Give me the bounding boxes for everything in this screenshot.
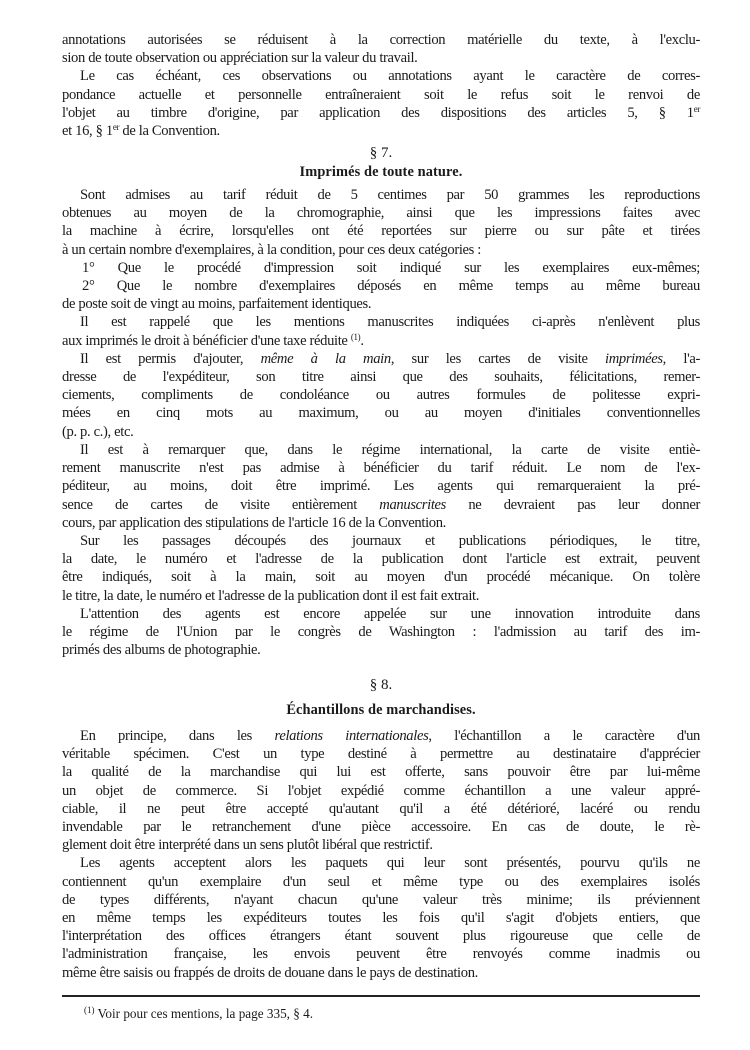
section-8-paragraph-1: En principe, dans les relations internat… [62,727,700,854]
text-line: pondance actuelle et personnelle entraîn… [62,86,700,104]
document-page: annotations autorisées se réduisent à la… [0,0,750,1050]
text-line: Il est permis d'ajouter, même à la main,… [62,350,700,368]
text-line: primés des albums de photographie. [62,641,700,659]
section-7-paragraph-6: L'attention des agents est encore appelé… [62,605,700,660]
text-line: contiennent qu'un exemplaire d'un seul e… [62,873,700,891]
text-line: En principe, dans les relations internat… [62,727,700,745]
section-7-paragraph-1: Sont admises au tarif réduit de 5 centim… [62,186,700,313]
text-line: le titre, la date, le numéro et l'adress… [62,587,700,605]
text-line: rement manuscrite n'est pas admise à bén… [62,459,700,477]
footnote-divider [62,995,700,997]
text-line: et 16, § 1er de la Convention. [62,122,700,140]
text-line: en même temps les expéditeurs toutes les… [62,909,700,927]
condition-item: 2° Que le nombre d'exemplaires déposés e… [62,277,700,295]
text-line: obtenues au moyen de la chromographie, a… [62,204,700,222]
text-line: ciable, il ne peut être accepté qu'autan… [62,800,700,818]
section-7-paragraph-3: Il est permis d'ajouter, même à la main,… [62,350,700,441]
text-line: un objet de commerce. Si l'objet expédié… [62,782,700,800]
text-line: le régime de l'Union par le congrès de W… [62,623,700,641]
text-line: Sont admises au tarif réduit de 5 centim… [62,186,700,204]
condition-item: de poste soit de vingt au moins, parfait… [62,295,700,313]
text-line: être indiqués, soit à la main, soit au m… [62,568,700,586]
text-line: Il est rappelé que les mentions manuscri… [62,313,700,331]
text-line: ciements, compliments de condoléance ou … [62,386,700,404]
footnote-text: Voir pour ces mentions, la page 335, § 4… [95,1006,314,1021]
text-line: (p. p. c.), etc. [62,423,700,441]
section-7-title: Imprimés de toute nature. [62,164,700,181]
text-line: invendable par le retranchement d'une pi… [62,818,700,836]
text-line: l'objet au timbre d'origine, par applica… [62,104,700,122]
text-line: l'interprétation des offices étrangers é… [62,927,700,945]
text-line: Il est à remarquer que, dans le régime i… [62,441,700,459]
paragraph-cas-echeant: Le cas échéant, ces observations ou anno… [62,67,700,140]
text-line: la qualité de la marchandise qui lui est… [62,763,700,781]
text-line: péditeur, au moins, doit être imprimé. L… [62,477,700,495]
text-line: Les agents acceptent alors les paquets q… [62,854,700,872]
text-line: mées en cinq mots au maximum, ou au moye… [62,404,700,422]
text-line: de types différents, n'ayant chacun qu'u… [62,891,700,909]
text-line: la date, le numéro et l'adresse de la pu… [62,550,700,568]
section-7-paragraph-2: Il est rappelé que les mentions manuscri… [62,313,700,349]
section-7-number: § 7. [62,145,700,162]
footnote-reference[interactable]: (1) [351,332,360,342]
text-line: sence de cartes de visite entièrement ma… [62,496,700,514]
section-8-title: Échantillons de marchandises. [62,702,700,719]
condition-item: 1° Que le procédé d'impression soit indi… [62,259,700,277]
text-line: la machine à écrire, lorsqu'elles ont ét… [62,222,700,240]
text-line: cours, par application des stipulations … [62,514,700,532]
text-line: véritable spécimen. C'est un type destin… [62,745,700,763]
section-7-paragraph-5: Sur les passages découpés des journaux e… [62,532,700,605]
footnote-marker: (1) [84,1005,95,1015]
text-line: aux imprimés le droit à bénéficier d'une… [62,332,700,350]
text-line: l'administration française, les envois p… [62,945,700,963]
text-line: sion de toute observation ou appréciatio… [62,49,700,67]
text-line: même être saisis ou frappés de droits de… [62,964,700,982]
section-8-number: § 8. [62,677,700,694]
text-line: glement doit être interprété dans un sen… [62,836,700,854]
paragraph-continuation: annotations autorisées se réduisent à la… [62,31,700,67]
section-8-paragraph-2: Les agents acceptent alors les paquets q… [62,854,700,981]
text-line: dresse de l'expéditeur, son titre ainsi … [62,368,700,386]
text-line: à un certain nombre d'exemplaires, à la … [62,241,700,259]
section-7-paragraph-4: Il est à remarquer que, dans le régime i… [62,441,700,532]
text-line: Le cas échéant, ces observations ou anno… [62,67,700,85]
text-line: annotations autorisées se réduisent à la… [62,31,700,49]
text-line: Sur les passages découpés des journaux e… [62,532,700,550]
text-line: L'attention des agents est encore appelé… [62,605,700,623]
footnote: (1) Voir pour ces mentions, la page 335,… [84,1006,313,1022]
